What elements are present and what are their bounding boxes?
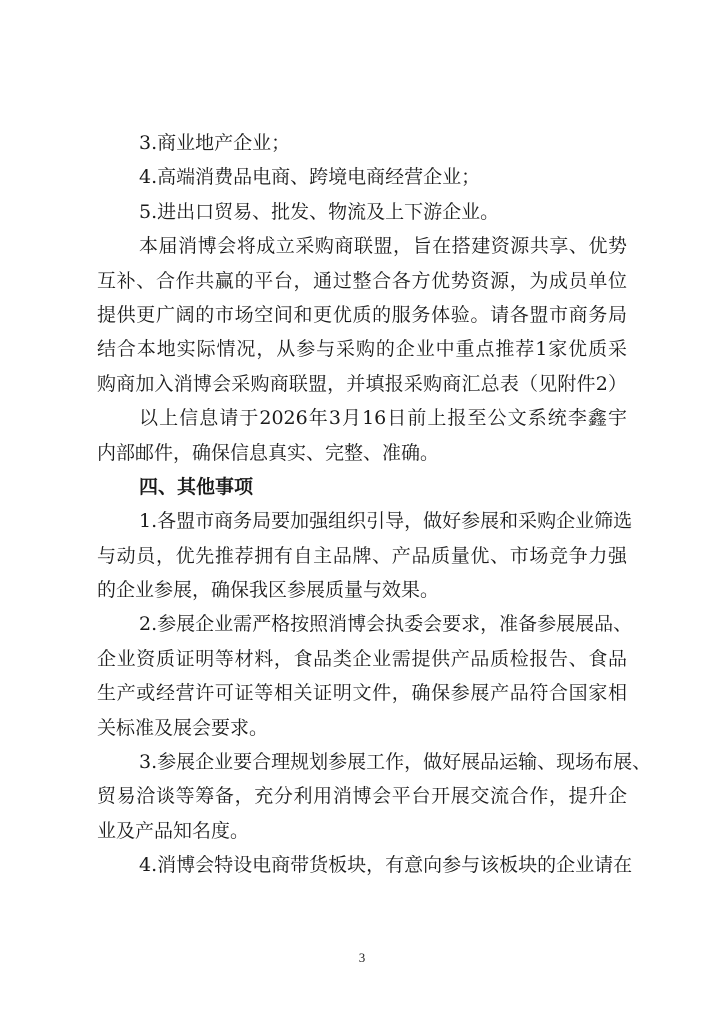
document-body: 3.商业地产企业；4.高端消费品电商、跨境电商经营企业；5.进出口贸易、批发、物…	[97, 126, 627, 883]
page-number: 3	[0, 950, 724, 966]
paragraph-line: 购商加入消博会采购商联盟，并填报采购商汇总表（见附件2）	[97, 367, 627, 401]
paragraph-line: 贸易洽谈等筹备，充分利用消博会平台开展交流合作，提升企	[97, 779, 627, 813]
paragraph-line: 5.进出口贸易、批发、物流及上下游企业。	[97, 195, 627, 229]
document-page: 3.商业地产企业；4.高端消费品电商、跨境电商经营企业；5.进出口贸易、批发、物…	[0, 0, 724, 1024]
section-heading: 四、其他事项	[97, 470, 627, 504]
paragraph-line: 的企业参展，确保我区参展质量与效果。	[97, 573, 627, 607]
paragraph-line: 3.商业地产企业；	[97, 126, 627, 160]
paragraph-line: 生产或经营许可证等相关证明文件，确保参展产品符合国家相	[97, 676, 627, 710]
paragraph-line: 提供更广阔的市场空间和更优质的服务体验。请各盟市商务局	[97, 298, 627, 332]
paragraph-line: 2.参展企业需严格按照消博会执委会要求，准备参展展品、	[97, 607, 627, 641]
paragraph-line: 4.高端消费品电商、跨境电商经营企业；	[97, 160, 627, 194]
paragraph-line: 本届消博会将成立采购商联盟，旨在搭建资源共享、优势	[97, 229, 627, 263]
paragraph-line: 与动员，优先推荐拥有自主品牌、产品质量优、市场竞争力强	[97, 539, 627, 573]
paragraph-line: 业及产品知名度。	[97, 814, 627, 848]
paragraph-line: 3.参展企业要合理规划参展工作，做好展品运输、现场布展、	[97, 745, 627, 779]
paragraph-line: 关标准及展会要求。	[97, 711, 627, 745]
paragraph-line: 内部邮件，确保信息真实、完整、准确。	[97, 436, 627, 470]
paragraph-line: 以上信息请于2026年3月16日前上报至公文系统李鑫宇	[97, 401, 627, 435]
paragraph-line: 结合本地实际情况，从参与采购的企业中重点推荐1家优质采	[97, 332, 627, 366]
paragraph-line: 4.消博会特设电商带货板块，有意向参与该板块的企业请在	[97, 848, 627, 882]
paragraph-line: 1.各盟市商务局要加强组织引导，做好参展和采购企业筛选	[97, 504, 627, 538]
paragraph-line: 企业资质证明等材料，食品类企业需提供产品质检报告、食品	[97, 642, 627, 676]
paragraph-line: 互补、合作共赢的平台，通过整合各方优势资源，为成员单位	[97, 264, 627, 298]
